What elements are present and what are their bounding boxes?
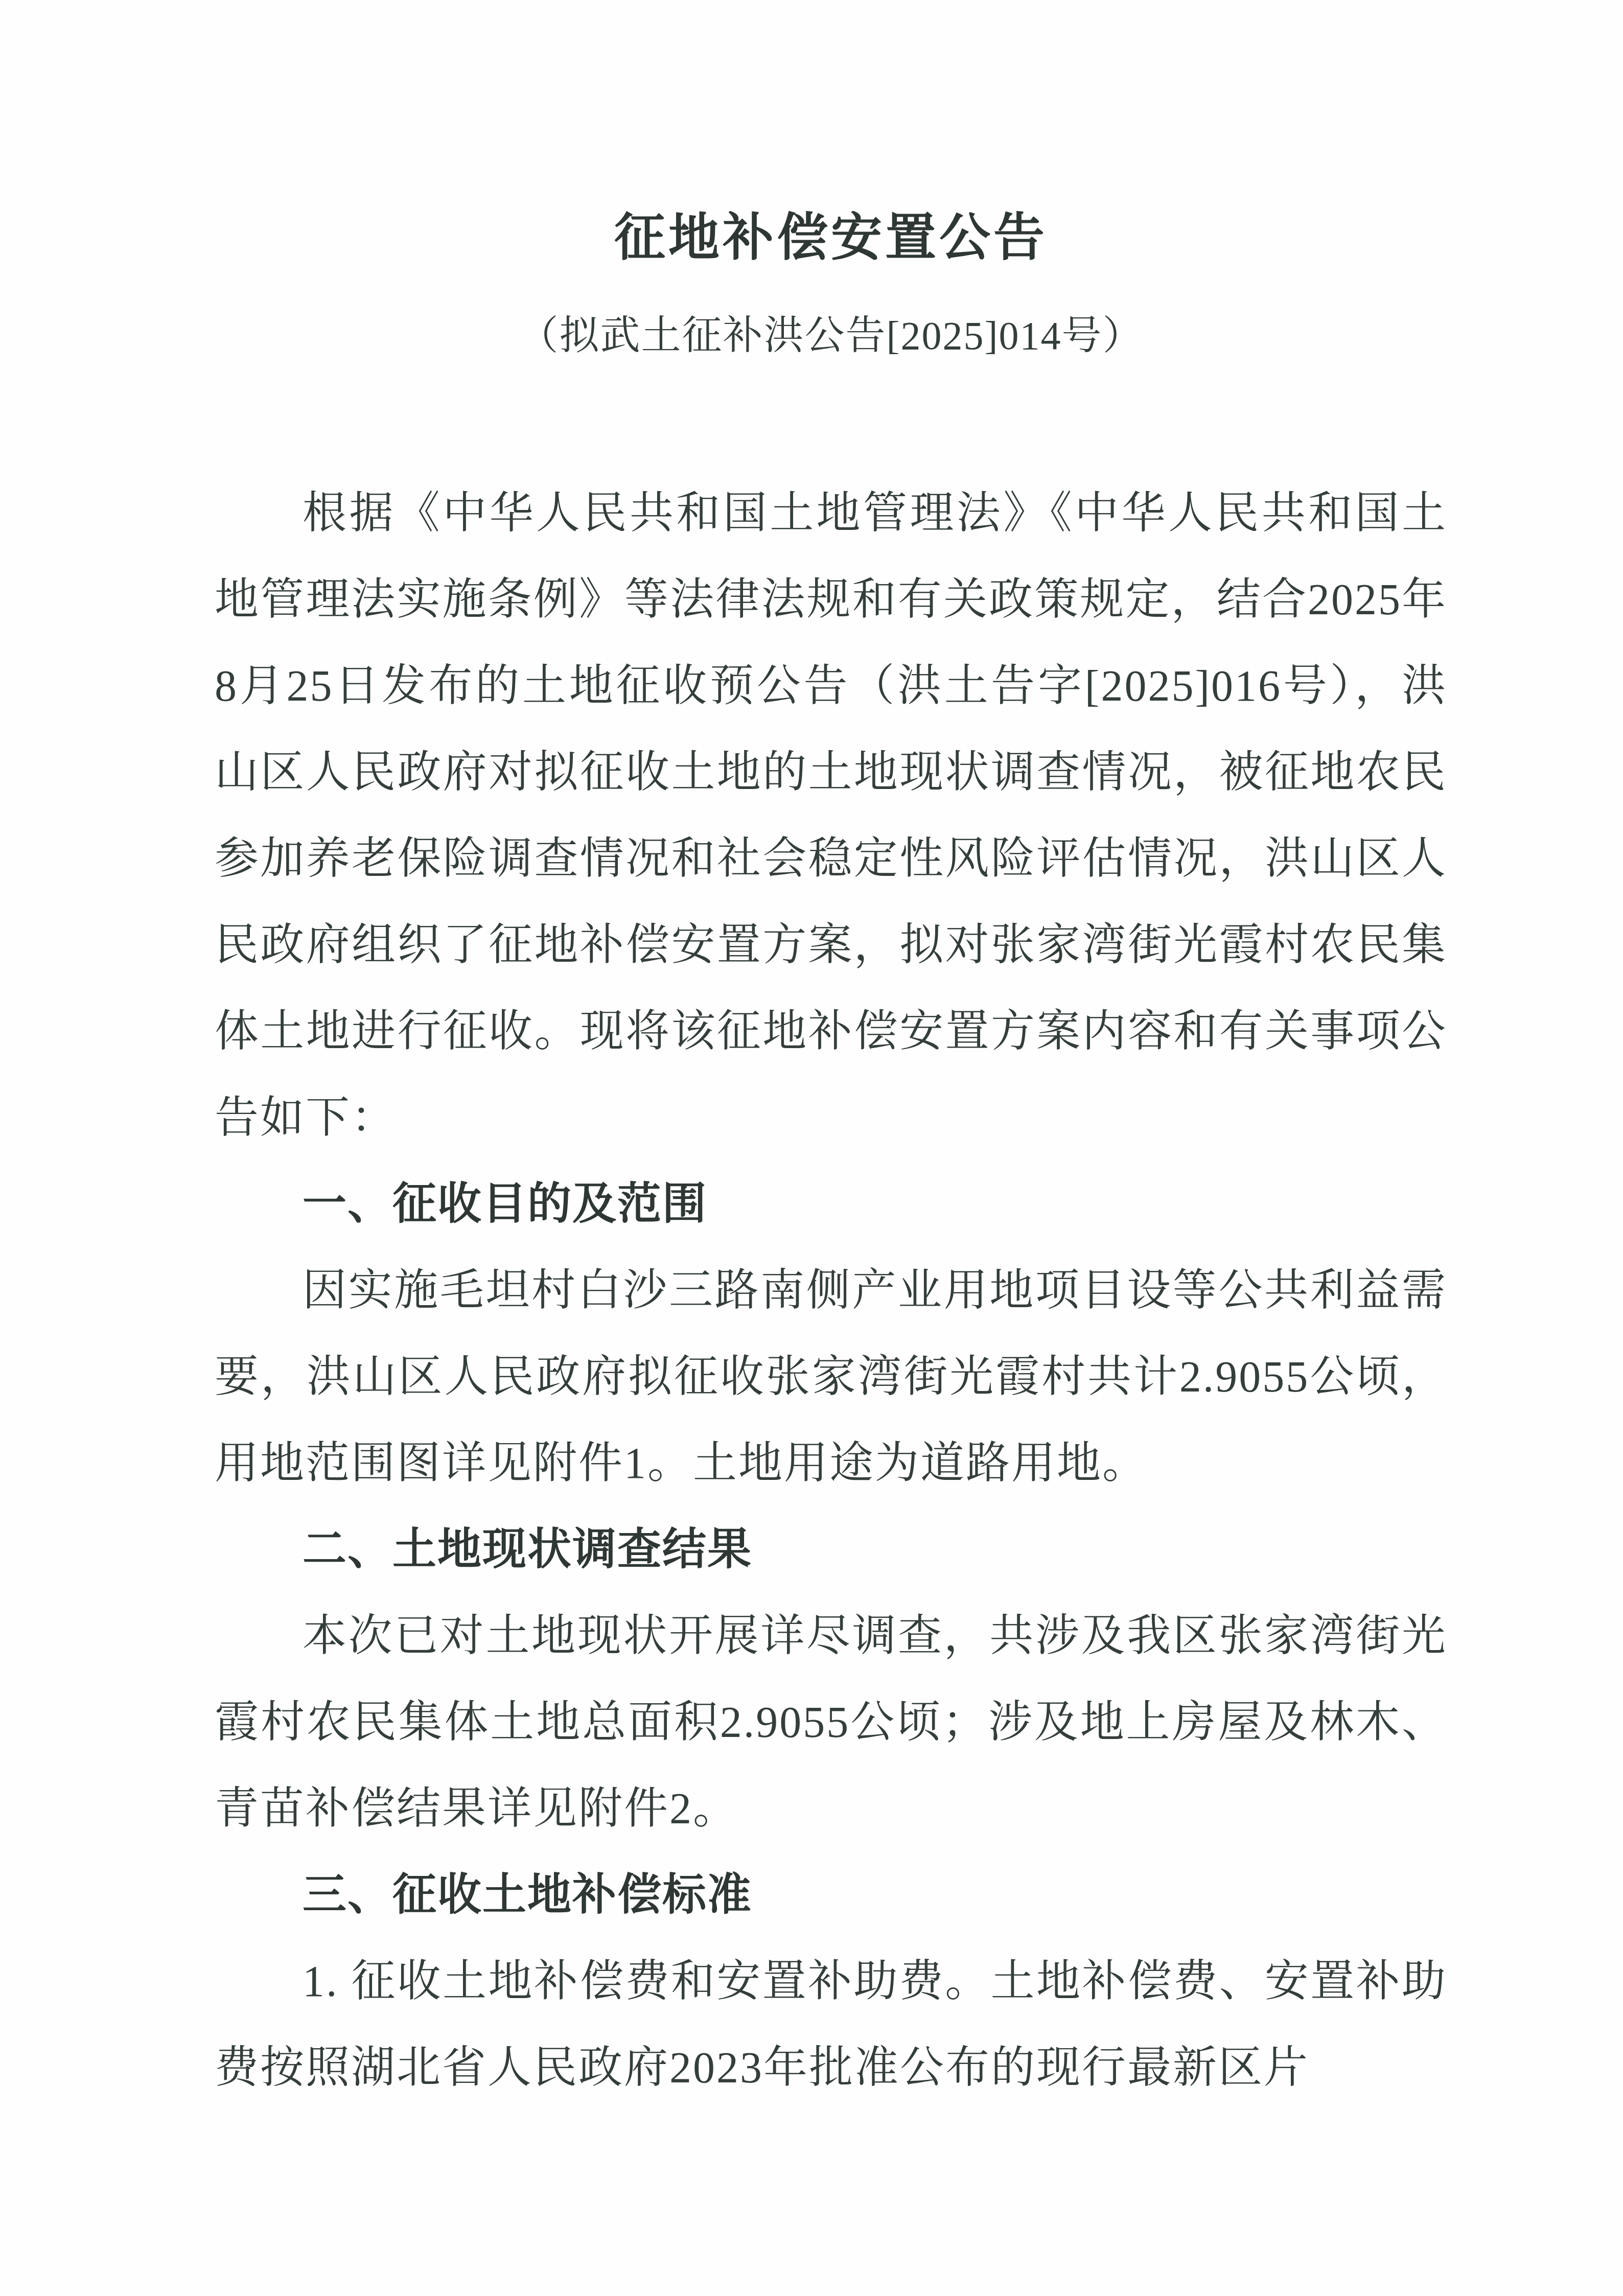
paragraph-legal-basis: 根据《中华人民共和国土地管理法》《中华人民共和国土地管理法实施条例》等法律法规和… <box>215 470 1447 1161</box>
document-number: （拟武土征补洪公告[2025]014号） <box>215 308 1447 364</box>
section-heading-purpose-scope: 一、征收目的及范围 <box>215 1161 1447 1247</box>
document-content: 征地补偿安置公告 （拟武土征补洪公告[2025]014号） 根据《中华人民共和国… <box>215 204 1447 2111</box>
document-page: 征地补偿安置公告 （拟武土征补洪公告[2025]014号） 根据《中华人民共和国… <box>0 0 1623 2296</box>
section-heading-compensation-standard: 三、征收土地补偿标准 <box>215 1852 1447 1938</box>
document-body: 根据《中华人民共和国土地管理法》《中华人民共和国土地管理法实施条例》等法律法规和… <box>215 470 1447 2111</box>
paragraph-purpose-scope: 因实施毛坦村白沙三路南侧产业用地项目设等公共利益需要，洪山区人民政府拟征收张家湾… <box>215 1247 1447 1506</box>
section-heading-survey-results: 二、土地现状调查结果 <box>215 1506 1447 1593</box>
page-title: 征地补偿安置公告 <box>215 204 1447 271</box>
paragraph-compensation-standard: 1. 征收土地补偿费和安置补助费。土地补偿费、安置补助费按照湖北省人民政府202… <box>215 1938 1447 2111</box>
paragraph-survey-results: 本次已对土地现状开展详尽调查，共涉及我区张家湾街光霞村农民集体土地总面积2.90… <box>215 1593 1447 1852</box>
